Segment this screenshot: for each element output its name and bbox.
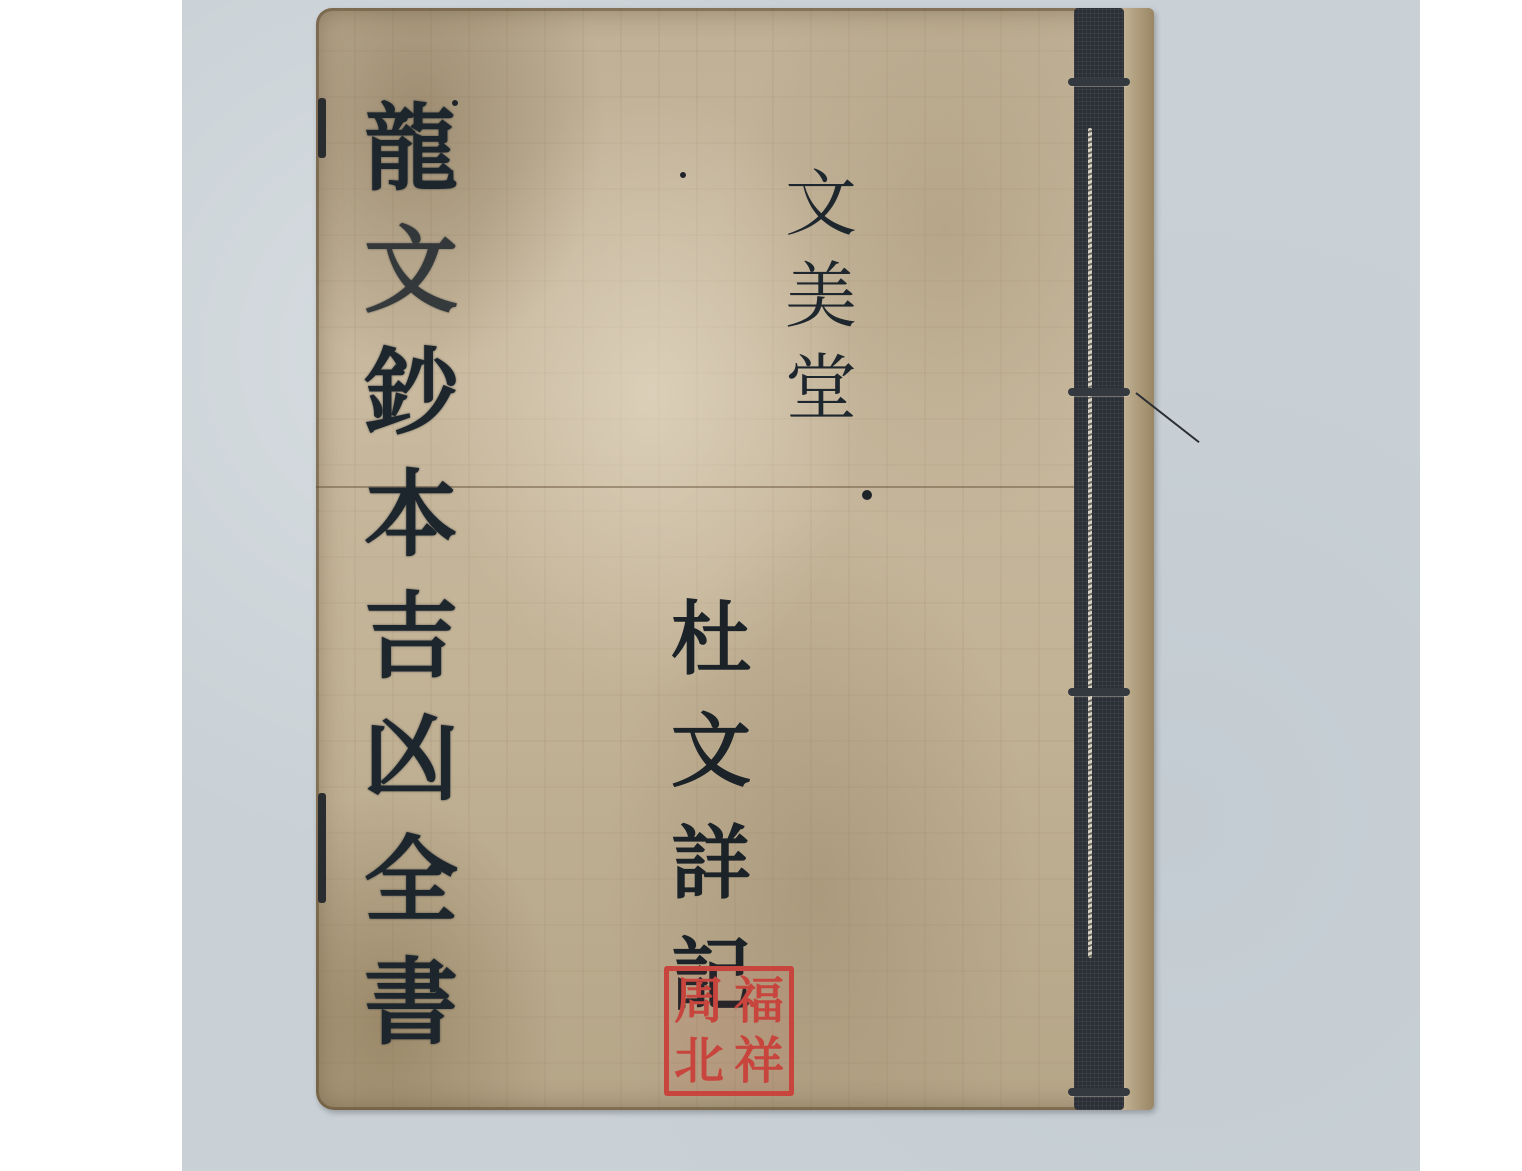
- title-char: 吉: [364, 576, 458, 698]
- book-title-column: 龍 文 鈔 本 吉 凶 全 書: [346, 88, 476, 1064]
- publisher-column: 文 美 堂: [776, 158, 866, 434]
- author-char: 詳: [671, 807, 751, 919]
- book-cover: 龍 文 鈔 本 吉 凶 全 書 文 美 堂 杜 文 詳 記 周 福 北 祥: [316, 8, 1154, 1110]
- binding-stitch: [1068, 1088, 1130, 1096]
- seal-char: 北: [669, 1031, 729, 1091]
- title-char: 本: [364, 454, 458, 576]
- title-char: 書: [364, 942, 458, 1064]
- title-char: 龍: [364, 88, 458, 210]
- binding-thread: [1088, 128, 1092, 958]
- ink-dot: [862, 490, 872, 500]
- spine-cloth-binding: [1074, 8, 1124, 1110]
- book-photo: 龍 文 鈔 本 吉 凶 全 書 文 美 堂 杜 文 詳 記 周 福 北 祥: [182, 0, 1420, 1171]
- red-seal-stamp: 周 福 北 祥: [664, 966, 794, 1096]
- title-char: 鈔: [364, 332, 458, 454]
- title-char: 凶: [364, 698, 458, 820]
- publisher-char: 美: [785, 250, 857, 342]
- ink-dot: [680, 172, 686, 178]
- author-char: 杜: [671, 583, 751, 695]
- publisher-char: 堂: [785, 342, 857, 434]
- author-column: 杜 文 詳 記: [656, 583, 766, 1031]
- binding-stitch: [1068, 688, 1130, 696]
- binding-stitch: [1068, 388, 1130, 396]
- seal-char: 福: [729, 971, 789, 1031]
- author-char: 文: [671, 695, 751, 807]
- publisher-char: 文: [785, 158, 857, 250]
- title-char: 全: [364, 820, 458, 942]
- seal-char: 周: [669, 971, 729, 1031]
- binding-stitch: [1068, 78, 1130, 86]
- left-edge-mark: [318, 793, 326, 903]
- ink-dot: [452, 100, 458, 106]
- title-char: 文: [364, 210, 458, 332]
- left-edge-mark: [318, 98, 326, 158]
- seal-char: 祥: [729, 1031, 789, 1091]
